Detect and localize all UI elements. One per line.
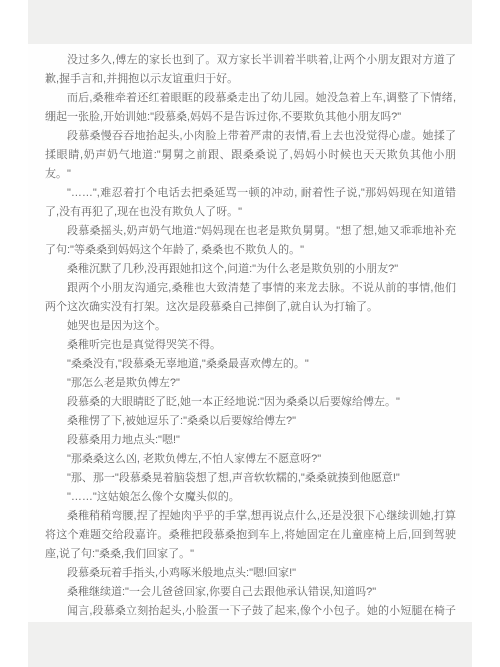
paragraph: "那、那一"段慕桑晃着脑袋想了想,声音软软糯的,"桑桑就揍到他愿意!" [45, 469, 456, 488]
paragraph: 桑稚稍稍弯腰,捏了捏她肉乎乎的手掌,想再说点什么,还是没狠下心继续训她,打算将这… [45, 507, 456, 564]
paragraph: 桑稚愣了下,被她逗乐了:"桑桑以后要嫁给傅左?" [45, 412, 456, 431]
paragraph: "……"这姑娘怎么像个女魔头似的。 [45, 488, 456, 507]
article-text: 没过多久,傅左的家长也到了。双方家长半训着半哄着,让两个小朋友跟对方道了歉,握手… [28, 44, 472, 622]
paragraph: 桑稚听完也是真觉得哭笑不得。 [45, 336, 456, 355]
paragraph: 桑稚继续道:"一会儿爸爸回家,你要自己去跟他承认错误,知道吗?" [45, 583, 456, 602]
paragraph: "那怎么老是欺负傅左?" [45, 374, 456, 393]
paragraph: 段慕桑慢吞吞地抬起头,小肉脸上带着严肃的表情,看上去也没觉得心虚。她揉了揉眼睛,… [45, 127, 456, 184]
bottom-gray-band [28, 622, 472, 667]
paragraph: "桑桑没有,"段慕桑无辜地道,"桑桑最喜欢傅左的。" [45, 355, 456, 374]
paragraph: 段慕桑用力地点头:"嗯!" [45, 431, 456, 450]
paragraph: 而后,桑稚牵着还红着眼眶的段慕桑走出了幼儿园。她没急着上车,调整了下情绪,绷起一… [45, 89, 456, 127]
paragraph: 没过多久,傅左的家长也到了。双方家长半训着半哄着,让两个小朋友跟对方道了歉,握手… [45, 51, 456, 89]
paragraph: "……",难忍着打个电话去把桑延骂一顿的冲动, 耐着性子说,"那妈妈现在知道错了… [45, 184, 456, 222]
paragraph: "那桑桑这么凶, 老欺负傅左,不怕人家傅左不愿意呀?" [45, 450, 456, 469]
paragraph: 段慕桑的大眼睛眨了眨,她一本正经地说:"因为桑桑以后要嫁给傅左。" [45, 393, 456, 412]
paragraph: 她哭也是因为这个。 [45, 317, 456, 336]
paragraph: 段慕桑摇头,奶声奶气地道:"妈妈现在也老是欺负舅舅。"想了想,她又乖乖地补充了句… [45, 222, 456, 260]
paragraph: 闻言,段慕桑立刻抬起头,小脸蛋一下子鼓了起来,像个小包子。她的小短腿在椅子上晃着… [45, 602, 456, 622]
paragraph: 跟两个小朋友沟通完,桑稚也大致清楚了事情的来龙去脉。不说从前的事情,他们两个这次… [45, 279, 456, 317]
paragraph: 段慕桑玩着手指头,小鸡啄米般地点头:"嗯!回家!" [45, 564, 456, 583]
reader-page: 没过多久,傅左的家长也到了。双方家长半训着半哄着,让两个小朋友跟对方道了歉,握手… [0, 0, 500, 667]
paragraph: 桑稚沉默了几秒,没再跟她扣这个,问道:"为什么老是欺负别的小朋友?" [45, 260, 456, 279]
top-gray-band [28, 0, 472, 44]
